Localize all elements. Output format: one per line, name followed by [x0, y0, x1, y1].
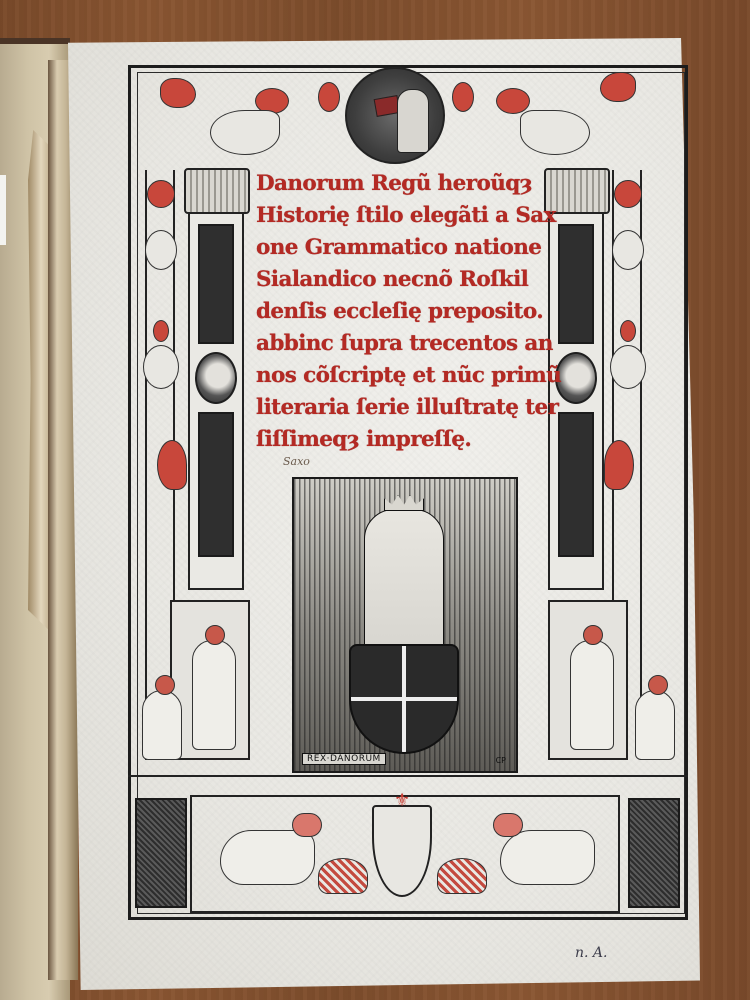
putto-right-icon	[600, 72, 636, 102]
scholar-figure-icon	[397, 89, 429, 153]
corner-panel-left	[135, 798, 187, 908]
horse-head-icon	[292, 813, 322, 837]
corner-panel-right	[628, 798, 680, 908]
profile-bust-icon	[195, 352, 237, 404]
scholar-medallion	[345, 67, 445, 164]
reclining-figure-left	[142, 690, 182, 760]
cover-label-slip	[0, 175, 6, 245]
lion-right-icon	[452, 82, 474, 112]
title-text-block: Danorum Regũ heroũqȝ Historię ſtilo eleg…	[256, 168, 546, 456]
king-woodcut-illustration: REX·DANORUM CP	[292, 477, 518, 773]
flame-ornament-icon	[620, 320, 636, 342]
reclining-figure-right	[635, 690, 675, 760]
title-line: nos cõſcriptę et nũc primũ	[256, 360, 546, 392]
dragon-head-right-icon	[496, 88, 530, 114]
armor-ornament-icon	[143, 345, 179, 389]
fleur-de-lis-icon: ⚜	[394, 790, 410, 811]
title-line: one Grammatico natione	[256, 232, 546, 264]
sea-horse-rider-right	[500, 830, 595, 885]
column-panel-upper	[198, 224, 234, 344]
title-line: denſis eccleſię preposito.	[256, 296, 546, 328]
handwritten-shelfmark: n. A.	[575, 945, 607, 961]
figure-head-icon	[205, 625, 225, 645]
column-panel-lower	[198, 412, 234, 557]
sea-horse-rider-left	[220, 830, 315, 885]
printer-monogram: CP	[496, 756, 506, 765]
horse-head-icon	[493, 813, 523, 837]
woodcut-caption: REX·DANORUM	[302, 753, 386, 765]
dragon-body-right-icon	[520, 110, 590, 155]
profile-bust-icon	[555, 352, 597, 404]
column-panel-lower	[558, 412, 594, 557]
standing-figure-left	[192, 640, 236, 750]
figure-head-icon	[583, 625, 603, 645]
mask-ornament-icon	[612, 230, 644, 270]
figure-head-icon	[648, 675, 668, 695]
turtle-left-icon	[318, 858, 368, 894]
mask-ornament-icon	[145, 230, 177, 270]
danish-coat-of-arms-icon	[349, 644, 459, 754]
column-panel-upper	[558, 224, 594, 344]
lily-ornament-icon	[157, 440, 187, 490]
turtle-right-icon	[437, 858, 487, 894]
column-capital	[184, 168, 250, 214]
handwritten-signature: Saxo	[283, 455, 310, 468]
title-line: ſiſſimeqȝ impreſſę.	[256, 424, 546, 456]
left-column	[188, 170, 244, 590]
armor-ornament-icon	[610, 345, 646, 389]
title-line: literaria ſerie illuſtratę ter	[256, 392, 546, 424]
figure-head-icon	[155, 675, 175, 695]
lion-left-icon	[318, 82, 340, 112]
title-line: Danorum Regũ heroũqȝ	[256, 168, 546, 200]
dragon-body-left-icon	[210, 110, 280, 155]
flame-ornament-icon	[153, 320, 169, 342]
lily-ornament-icon	[604, 440, 634, 490]
putto-left-icon	[160, 78, 196, 108]
title-line: Historię ſtilo elegãti a Sax	[256, 200, 546, 232]
title-line: Sialandico necnõ Roſkil	[256, 264, 546, 296]
standing-figure-right	[570, 640, 614, 750]
title-line: abbinc ſupra trecentos an	[256, 328, 546, 360]
crown-icon	[384, 495, 424, 511]
flower-ornament-icon	[614, 180, 642, 208]
flower-ornament-icon	[147, 180, 175, 208]
